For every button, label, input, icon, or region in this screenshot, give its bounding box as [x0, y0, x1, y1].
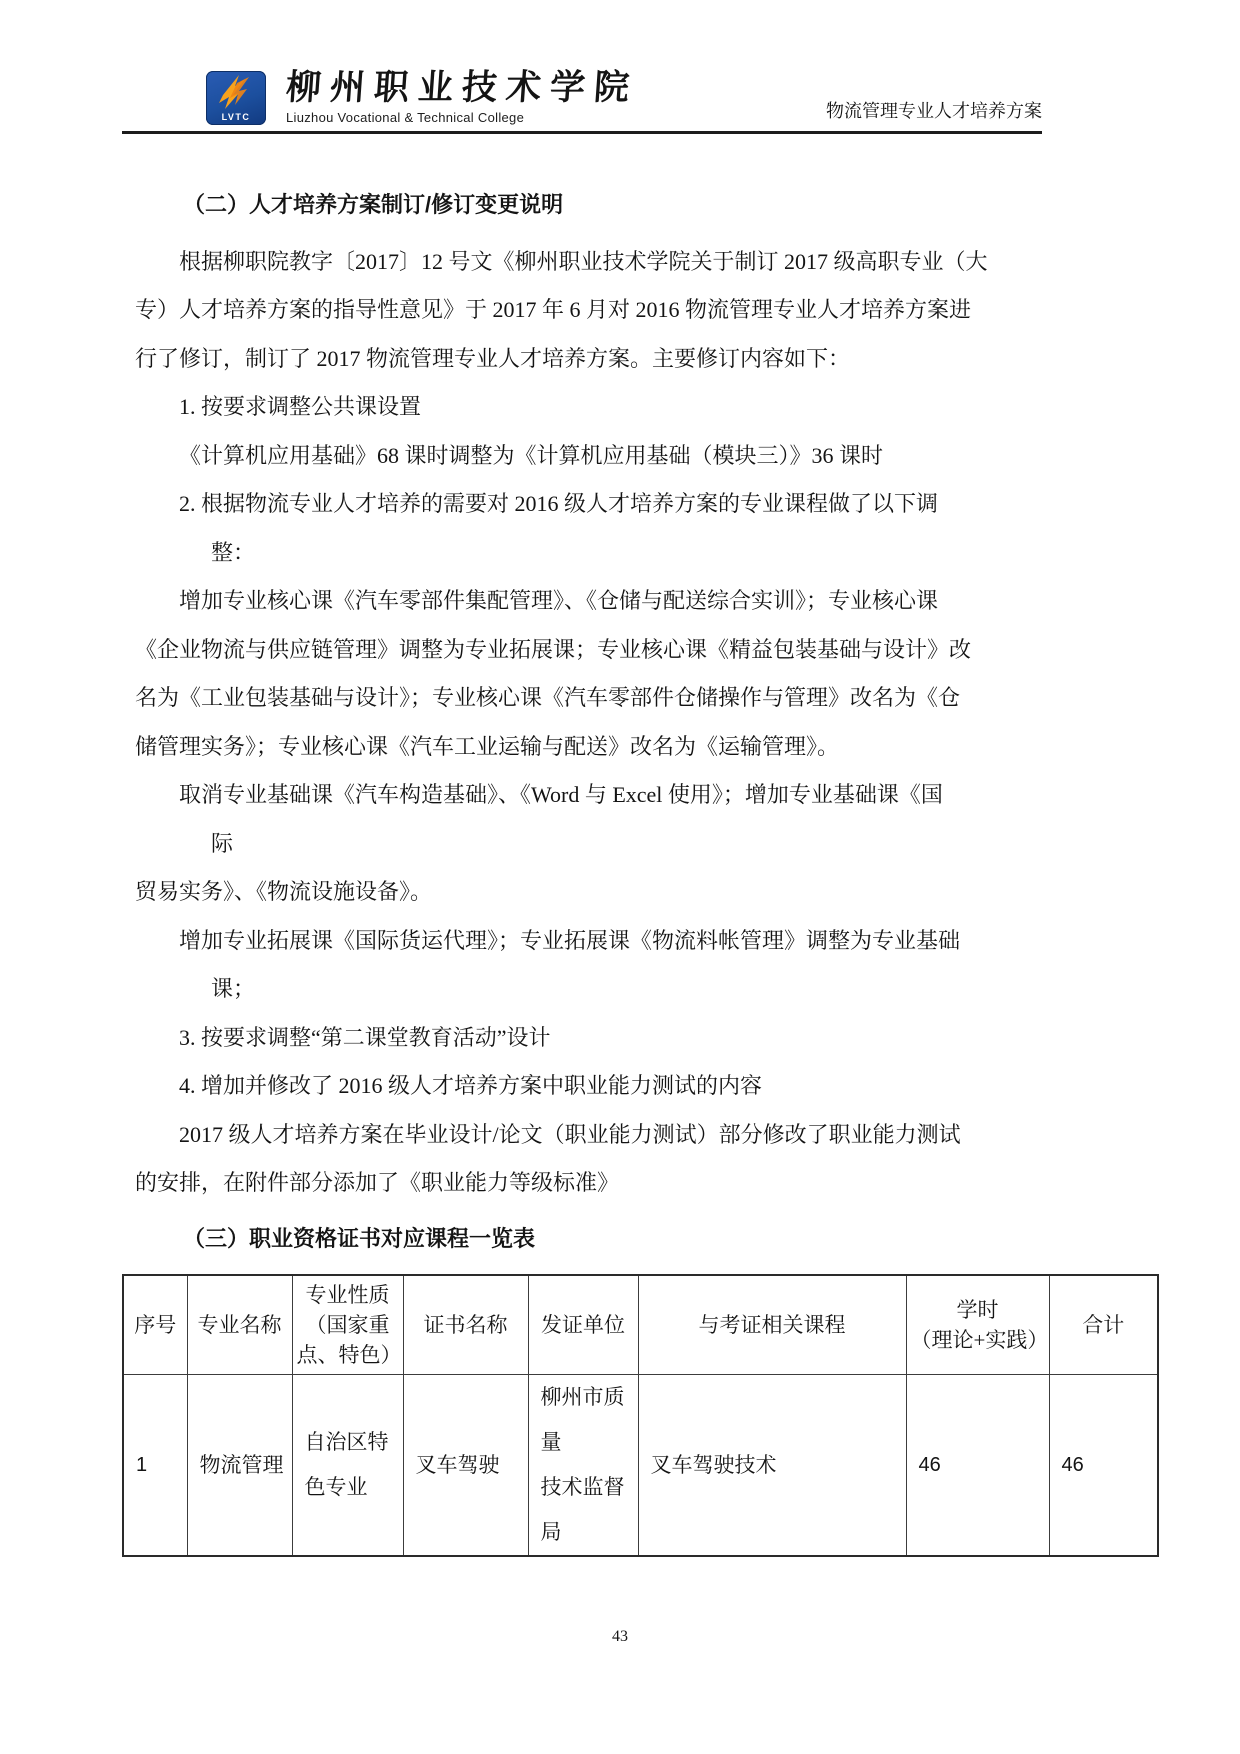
table-cell: 叉车驾驶 — [403, 1375, 528, 1557]
table-cell: 46 — [906, 1375, 1049, 1557]
page-header: LVTC 柳州职业技术学院 Liuzhou Vocational & Techn… — [122, 70, 1042, 134]
body-line: 的安排，在附件部分添加了《职业能力等级标准》 — [135, 1159, 1055, 1208]
table-cell: 叉车驾驶技术 — [638, 1375, 906, 1557]
document-page: LVTC 柳州职业技术学院 Liuzhou Vocational & Techn… — [0, 0, 1240, 1754]
body-line: 整： — [135, 529, 1055, 578]
body-line: 4. 增加并修改了 2016 级人才培养方案中职业能力测试的内容 — [135, 1062, 1055, 1111]
table-header-cell: 与考证相关课程 — [638, 1275, 906, 1375]
body-line: 1. 按要求调整公共课设置 — [135, 383, 1055, 432]
table-header-cell: 证书名称 — [403, 1275, 528, 1375]
body-line: 储管理实务》；专业核心课《汽车工业运输与配送》改名为《运输管理》。 — [135, 723, 1055, 772]
body-line: 增加专业核心课《汽车零部件集配管理》、《仓储与配送综合实训》；专业核心课 — [135, 577, 1055, 626]
body-line: 课； — [135, 965, 1055, 1014]
table-header-cell: 序号 — [123, 1275, 187, 1375]
table-header-cell: 专业性质 （国家重 点、特色） — [292, 1275, 403, 1375]
table-header-row: 序号专业名称专业性质 （国家重 点、特色）证书名称发证单位与考证相关课程学时 （… — [123, 1275, 1158, 1375]
table-header-cell: 学时 （理论+实践） — [906, 1275, 1049, 1375]
body-line: 2017 级人才培养方案在毕业设计/论文（职业能力测试）部分修改了职业能力测试 — [135, 1111, 1055, 1160]
body-line: 取消专业基础课《汽车构造基础》、《Word 与 Excel 使用》；增加专业基础… — [135, 771, 1055, 820]
school-name-block: 柳州职业技术学院 Liuzhou Vocational & Technical … — [286, 70, 826, 125]
table-head: 序号专业名称专业性质 （国家重 点、特色）证书名称发证单位与考证相关课程学时 （… — [123, 1275, 1158, 1375]
lightning-bolt-icon — [215, 73, 257, 113]
table-body: 1物流管理自治区特 色专业叉车驾驶柳州市质量 技术监督局叉车驾驶技术4646 — [123, 1375, 1158, 1557]
body-line: 《计算机应用基础》68 课时调整为《计算机应用基础（模块三）》36 课时 — [135, 432, 1055, 481]
logo-abbr-label: LVTC — [206, 112, 266, 122]
table-cell: 46 — [1049, 1375, 1158, 1557]
body-line: 增加专业拓展课《国际货运代理》；专业拓展课《物流料帐管理》调整为专业基础 — [135, 917, 1055, 966]
school-name-zh: 柳州职业技术学院 — [285, 70, 828, 107]
body-line: 行了修订，制订了 2017 物流管理专业人才培养方案。主要修订内容如下： — [135, 335, 1055, 384]
cert-course-table: 序号专业名称专业性质 （国家重 点、特色）证书名称发证单位与考证相关课程学时 （… — [122, 1274, 1159, 1558]
school-name-en: Liuzhou Vocational & Technical College — [286, 110, 826, 125]
table-cell: 自治区特 色专业 — [292, 1375, 403, 1557]
page-number: 43 — [0, 1628, 1240, 1646]
table-cell: 柳州市质量 技术监督局 — [528, 1375, 638, 1557]
body-line: 贸易实务》、《物流设施设备》。 — [135, 868, 1055, 917]
section-heading-2: （二）人才培养方案制订/修订变更说明 — [183, 190, 1055, 220]
body-line: 名为《工业包装基础与设计》；专业核心课《汽车零部件仓储操作与管理》改名为《仓 — [135, 674, 1055, 723]
section-heading-3: （三）职业资格证书对应课程一览表 — [183, 1224, 1055, 1254]
body-line: 专）人才培养方案的指导性意见》于 2017 年 6 月对 2016 物流管理专业… — [135, 286, 1055, 335]
document-title: 物流管理专业人才培养方案 — [826, 97, 1042, 125]
table-header-cell: 专业名称 — [187, 1275, 292, 1375]
body-line: 《企业物流与供应链管理》调整为专业拓展课；专业核心课《精益包装基础与设计》改 — [135, 626, 1055, 675]
table-header-cell: 合计 — [1049, 1275, 1158, 1375]
table-row: 1物流管理自治区特 色专业叉车驾驶柳州市质量 技术监督局叉车驾驶技术4646 — [123, 1375, 1158, 1557]
table-cell: 1 — [123, 1375, 187, 1557]
body-line: 2. 根据物流专业人才培养的需要对 2016 级人才培养方案的专业课程做了以下调 — [135, 480, 1055, 529]
document-body: （二）人才培养方案制订/修订变更说明 根据柳职院教字〔2017〕12 号文《柳州… — [135, 190, 1055, 1558]
school-logo: LVTC — [206, 71, 266, 125]
table-cell: 物流管理 — [187, 1375, 292, 1557]
table-header-cell: 发证单位 — [528, 1275, 638, 1375]
body-line: 际 — [135, 820, 1055, 869]
body-line: 根据柳职院教字〔2017〕12 号文《柳州职业技术学院关于制订 2017 级高职… — [135, 238, 1055, 287]
body-line: 3. 按要求调整“第二课堂教育活动”设计 — [135, 1014, 1055, 1063]
body-text: 根据柳职院教字〔2017〕12 号文《柳州职业技术学院关于制订 2017 级高职… — [135, 238, 1055, 1208]
